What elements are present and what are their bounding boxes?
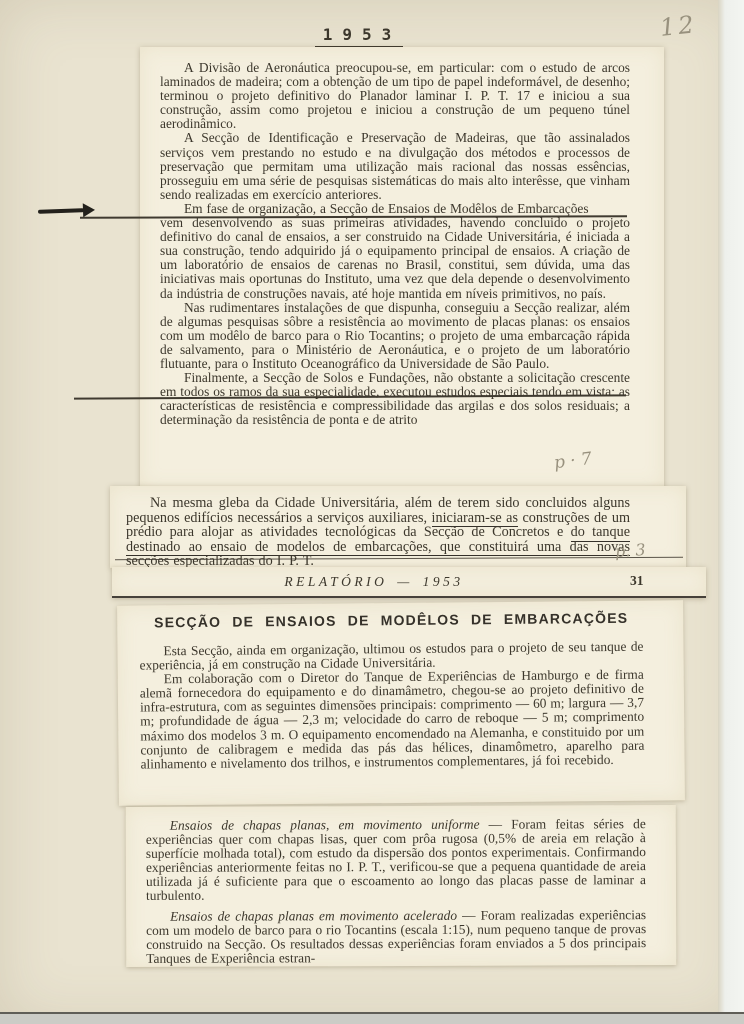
clipping-divisao-aeronautica: A Divisão de Aeronáutica preocupou-se, e…	[140, 47, 664, 488]
paragraph-movimento-acelerado: Ensaios de chapas planas em movimento ac…	[146, 908, 646, 966]
hand-drawn-arrow-icon	[38, 208, 84, 213]
handwritten-page-number: 12	[659, 10, 698, 42]
paragraph-rudimentares-instalacoes: Nas rudimentares instalações de que disp…	[160, 301, 630, 371]
pencil-note-p3: p. 3	[614, 540, 646, 561]
photo-background-bottom-edge	[0, 1012, 744, 1024]
year-header-text: 1953	[315, 25, 404, 48]
paragraph-movimento-uniforme: Ensaios de chapas planas, em movimento u…	[146, 817, 646, 903]
clipping-seccao-ensaios: SECÇÃO DE ENSAIOS DE MODÊLOS DE EMBARCAÇ…	[117, 600, 685, 805]
underlined-lead-line: Em fase de organização, a Secção de Ensa…	[184, 201, 589, 216]
report-title: RELATÓRIO — 1953	[77, 574, 671, 590]
paragraph-divisao-aeronautica: A Divisão de Aeronáutica preocupou-se, e…	[160, 61, 630, 131]
section-heading: SECÇÃO DE ENSAIOS DE MODÊLOS DE EMBARCAÇ…	[139, 610, 643, 631]
clipping-report-header: RELATÓRIO — 1953 31	[112, 567, 706, 598]
clipping-ensaios-chapas: Ensaios de chapas planas, em movimento u…	[126, 805, 677, 967]
scanned-report-page: 1953 12 A Divisão de Aeronáutica preocup…	[0, 0, 744, 1024]
paragraph-solos-fundacoes: Finalmente, a Secção de Solos e Fundaçõe…	[160, 371, 630, 427]
report-page-number: 31	[630, 573, 644, 589]
year-header: 1953	[0, 25, 731, 48]
paragraph-seccao-embarcacoes-rest: vem desenvolvendo as suas primeiras ativ…	[160, 215, 630, 300]
paragraph-seccao-madeiras: A Secção de Identificação e Preservação …	[160, 131, 630, 201]
paragraph-colaboracao-hamburgo: Em colaboração com o Diretor do Tanque d…	[140, 668, 645, 771]
photo-background-right-edge	[718, 0, 744, 1024]
clipping-na-mesma-gleba: Na mesma gleba da Cidade Universitária, …	[110, 486, 686, 568]
